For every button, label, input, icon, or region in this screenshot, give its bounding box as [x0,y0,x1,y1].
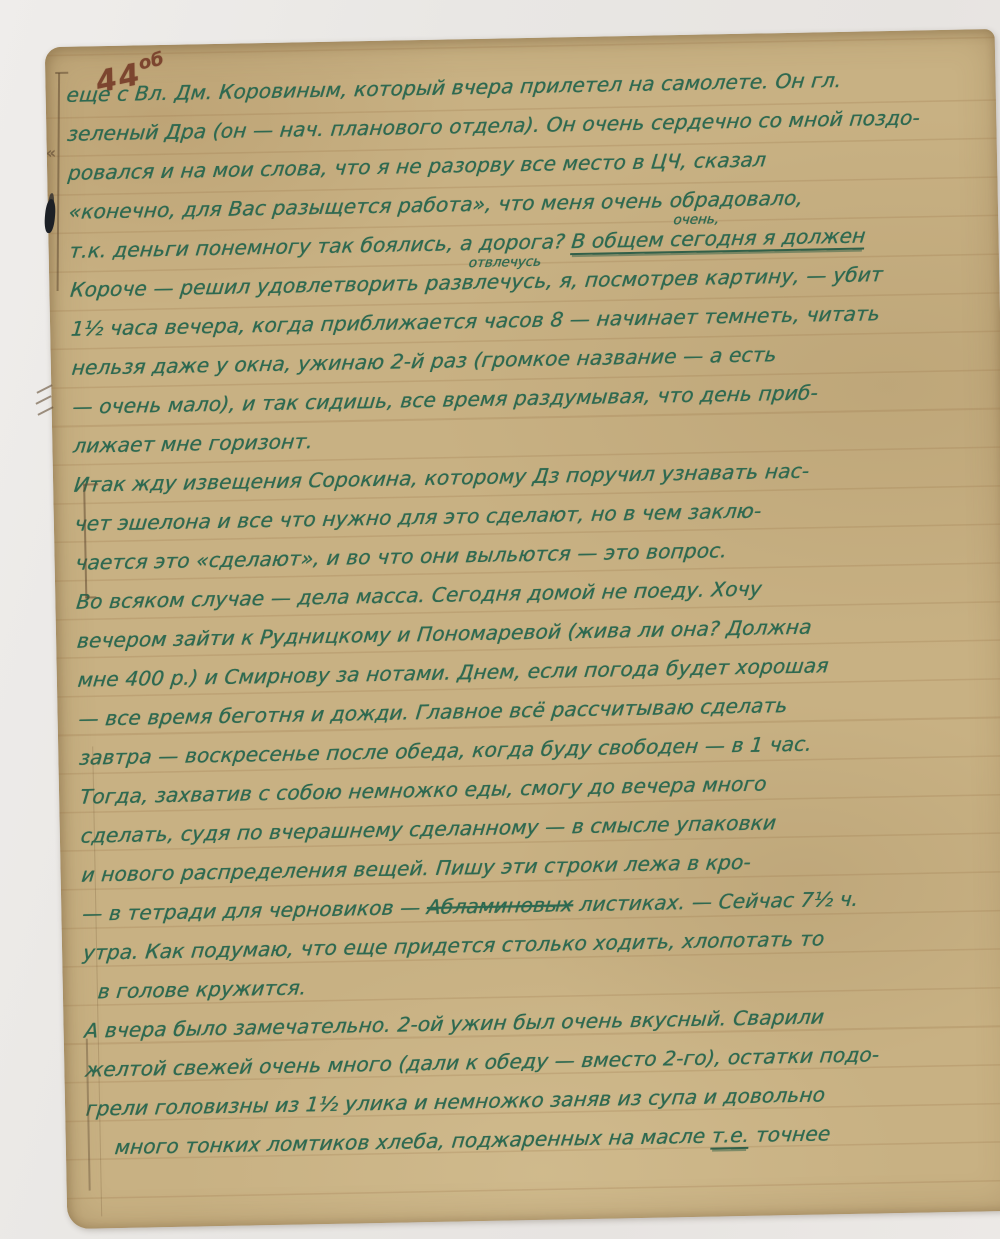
chevron-mark: « [46,143,57,162]
hatch-mark-2 [35,395,51,404]
inserted-word-above-line: отвлечусь [468,254,542,271]
left-margin-pencil-tick [55,72,68,74]
scanned-document: { "document": { "type": "handwritten dia… [0,0,1000,1239]
page-number-suffix: об [137,49,166,75]
hatch-mark-1 [36,384,52,393]
left-margin-pencil-line [57,73,61,291]
inserted-word-above-line: очень, [673,211,720,228]
handwriting-lines: еще с Вл. Дм. Коровиным, который вчера п… [65,65,1000,1175]
ink-blot [44,199,57,234]
notebook-page: 44об еще с Вл. Дм. Коровиным, который вч… [45,29,1000,1229]
